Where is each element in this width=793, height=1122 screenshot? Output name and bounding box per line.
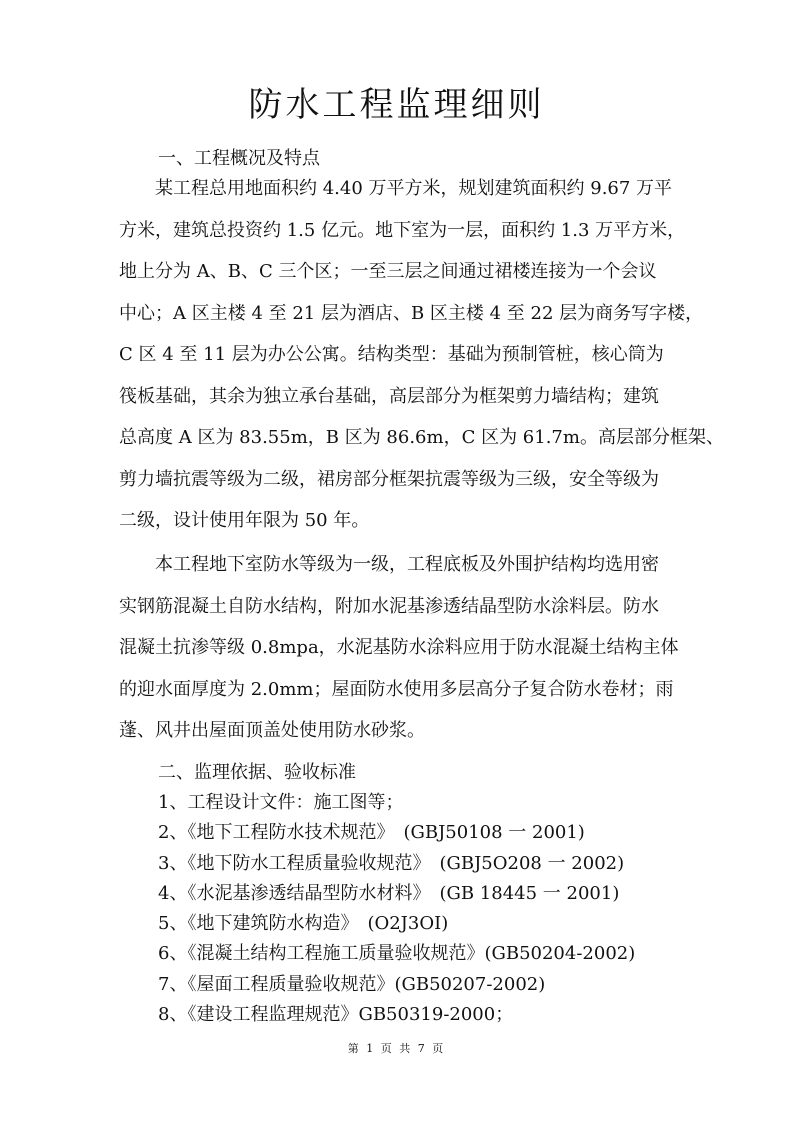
text-line: 筏板基础，其余为独立承台基础，高层部分为框架剪力墙结构；建筑	[119, 376, 679, 418]
text-line: 中心；A 区主楼 4 至 21 层为酒店、B 区主楼 4 至 22 层为商务写字…	[119, 293, 679, 335]
list-item: 4、《水泥基渗透结晶型防水材料》 (GB 18445 一 2001)	[158, 879, 635, 909]
list-item: 6、《混凝土结构工程施工质量验收规范》(GB50204-2002)	[158, 939, 635, 969]
text-line: 地上分为 A、B、C 三个区；一至三层之间通过裙楼连接为一个会议	[119, 251, 679, 293]
text-line: 本工程地下室防水等级为一级，工程底板及外围护结构均选用密	[119, 544, 679, 586]
list-item: 2、《地下工程防水技术规范》 (GBJ50108 一 2001)	[158, 818, 635, 848]
paragraph-waterproofing: 本工程地下室防水等级为一级，工程底板及外围护结构均选用密 实钢筋混凝土自防水结构…	[119, 544, 679, 752]
paragraph-project-overview: 某工程总用地面积约 4.40 万平方米，规划建筑面积约 9.67 万平 方米，建…	[119, 168, 679, 542]
document-title: 防水工程监理细则	[0, 80, 793, 130]
list-item: 5、《地下建筑防水构造》 (O2J3OI)	[158, 909, 635, 939]
text-line: C 区 4 至 11 层为办公公寓。结构类型：基础为预制管桩，核心筒为	[119, 334, 679, 376]
text-line: 实钢筋混凝土自防水结构，附加水泥基渗透结晶型防水涂料层。防水	[119, 586, 679, 628]
list-item: 3、《地下防水工程质量验收规范》 (GBJ5O208 一 2002)	[158, 849, 635, 879]
page-number-footer: 第 1 页 共 7 页	[0, 1040, 793, 1056]
text-line: 混凝土抗渗等级 0.8mpa，水泥基防水涂料应用于防水混凝土结构主体	[119, 627, 679, 669]
standards-list: 1、工程设计文件：施工图等； 2、《地下工程防水技术规范》 (GBJ50108 …	[158, 788, 635, 1030]
text-line: 二级，设计使用年限为 50 年。	[119, 500, 679, 542]
text-line: 剪力墙抗震等级为二级，裙房部分框架抗震等级为三级，安全等级为	[119, 459, 679, 501]
text-line: 的迎水面厚度为 2.0mm；屋面防水使用多层高分子复合防水卷材；雨	[119, 669, 679, 711]
text-line: 蓬、风井出屋面顶盖处使用防水砂浆。	[119, 710, 679, 752]
text-line: 方米，建筑总投资约 1.5 亿元。地下室为一层，面积约 1.3 万平方米，	[119, 210, 679, 252]
list-item: 8、《建设工程监理规范》GB50319-2000；	[158, 1000, 635, 1030]
section-heading-standards: 二、监理依据、验收标准	[158, 760, 356, 786]
text-line: 某工程总用地面积约 4.40 万平方米，规划建筑面积约 9.67 万平	[119, 168, 679, 210]
list-item: 7、《屋面工程质量验收规范》(GB50207-2002)	[158, 970, 635, 1000]
list-item: 1、工程设计文件：施工图等；	[158, 788, 635, 818]
text-line: 总高度 A 区为 83.55m，B 区为 86.6m，C 区为 61.7m。高层…	[119, 417, 679, 459]
